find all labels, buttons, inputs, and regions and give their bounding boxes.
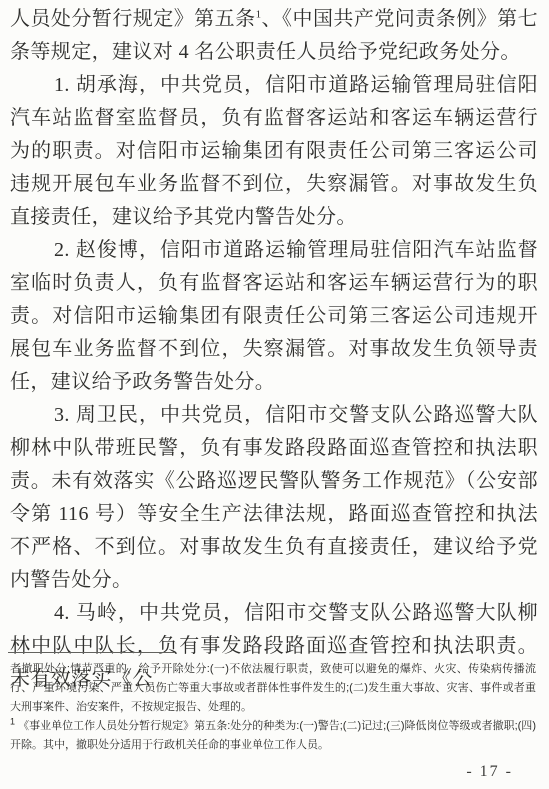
paragraph-intro-continuation: 人员处分暂行规定》第五条1、《中国共产党问责条例》第七条等规定，建议对 4 名公… — [10, 3, 538, 69]
document-page: 人员处分暂行规定》第五条1、《中国共产党问责条例》第七条等规定，建议对 4 名公… — [0, 0, 549, 789]
footnote-continuation-text: 者撤职处分;情节严重的，给予开除处分:(一)不依法履行职责，致使可以避免的爆炸、… — [10, 660, 536, 717]
paragraph-item-1: 1. 胡承海，中共党员，信阳市道路运输管理局驻信阳汽车站监督室监督员，负有监督客… — [10, 69, 538, 234]
footnote-separator-line — [8, 652, 175, 653]
document-body: 人员处分暂行规定》第五条1、《中国共产党问责条例》第七条等规定，建议对 4 名公… — [10, 3, 538, 696]
footnotes-section: 者撤职处分;情节严重的，给予开除处分:(一)不依法履行职责，致使可以避免的爆炸、… — [10, 660, 536, 755]
page-number: - 17 - — [466, 763, 513, 781]
intro-text-before-footnote-mark: 人员处分暂行规定》第五条 — [10, 8, 256, 30]
paragraph-item-3: 3. 周卫民，中共党员，信阳市交警支队公路巡警大队柳林中队带班民警，负有事发路段… — [10, 399, 538, 597]
paragraph-item-2: 2. 赵俊博，信阳市道路运输管理局驻信阳汽车站监督室临时负责人，负有监督客运站和… — [10, 234, 538, 399]
footnote-1: 1 《事业单位工作人员处分暂行规定》第五条:处分的种类为:(一)警告;(二)记过… — [10, 717, 536, 755]
footnote-1-marker: 1 — [10, 716, 15, 726]
footnote-1-text: 《事业单位工作人员处分暂行规定》第五条:处分的种类为:(一)警告;(二)记过;(… — [10, 720, 536, 751]
